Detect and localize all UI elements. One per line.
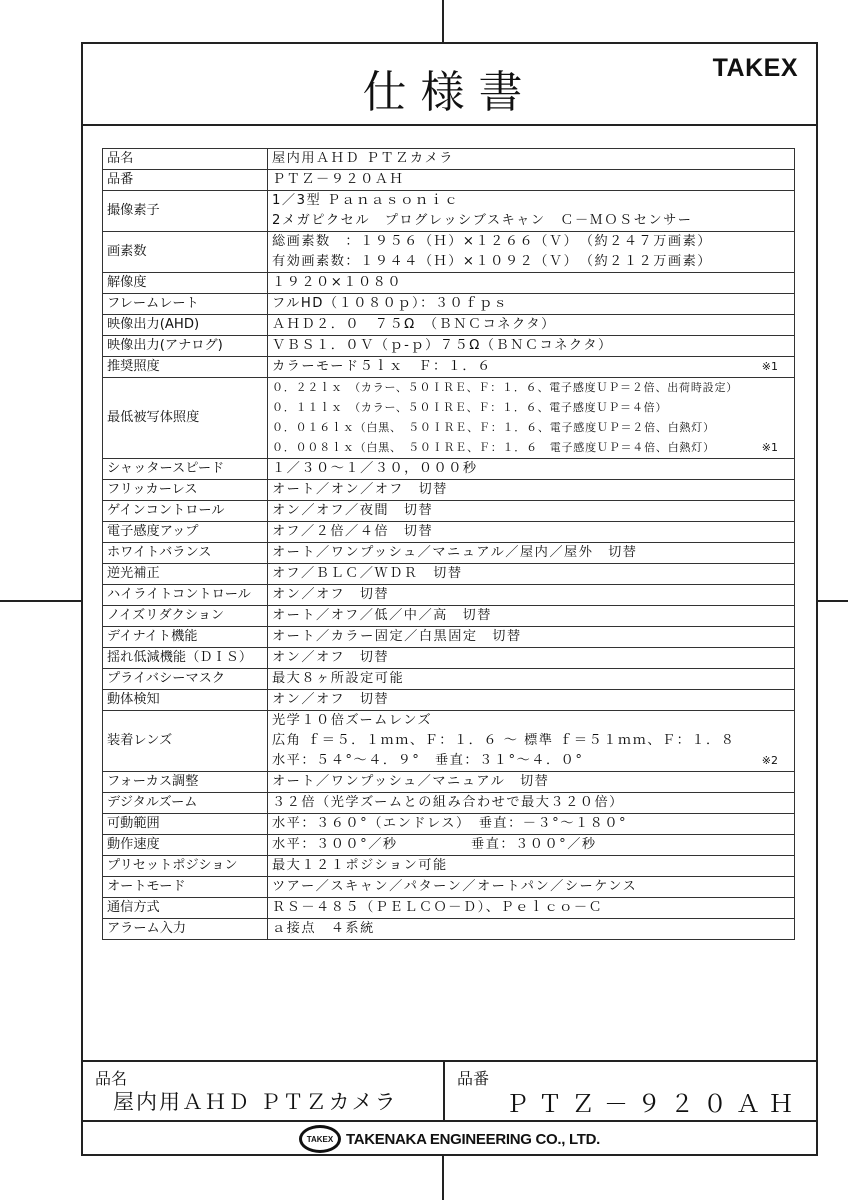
- table-row: ゲインコントロール オン／オフ／夜間 切替: [103, 501, 795, 522]
- spec-value-line: 水平：３６０°（エンドレス） 垂直：－３°～１８０°: [272, 814, 790, 834]
- spec-value: １／３０～１／３０，０００秒: [268, 459, 795, 480]
- spec-label: 映像出力(AHD): [103, 315, 268, 336]
- spec-value-line: オート／オフ／低／中／高 切替: [272, 606, 790, 626]
- spec-label: 可動範囲: [103, 814, 268, 835]
- spec-table: 品名 屋内用ＡＨＤ ＰＴＺカメラ 品番 ＰＴＺ－９２０ＡＨ 撮像素子 1／3型 …: [102, 148, 795, 940]
- spec-value: １９２０×１０８０: [268, 273, 795, 294]
- spec-value: ａ接点 ４系統: [268, 919, 795, 940]
- product-number: ＰＴＺ－９２０ＡＨ: [505, 1084, 802, 1119]
- table-row: デイナイト機能 オート／カラー固定／白黒固定 切替: [103, 627, 795, 648]
- spec-label: 通信方式: [103, 898, 268, 919]
- spec-label: 品番: [103, 170, 268, 191]
- spec-value-line: １９２０×１０８０: [272, 273, 790, 293]
- spec-value: ０．２２ｌｘ （カラー、５０ＩＲＥ、Ｆ：１．６、電子感度ＵＰ＝２倍、出荷時設定）…: [268, 378, 795, 459]
- spec-label: ノイズリダクション: [103, 606, 268, 627]
- table-row: 品番 ＰＴＺ－９２０ＡＨ: [103, 170, 795, 191]
- spec-value-line: オート／ワンプッシュ／マニュアル 切替: [272, 772, 790, 792]
- spec-value: オン／オフ／夜間 切替: [268, 501, 795, 522]
- table-row: オートモード ツアー／スキャン／パターン／オートパン／シーケンス: [103, 877, 795, 898]
- footer-product-row: 品名 屋内用ＡＨＤ ＰＴＺカメラ 品番 ＰＴＺ－９２０ＡＨ: [83, 1060, 816, 1122]
- spec-value-line: 総画素数 ：１９５６（Ｈ）×１２６６（Ｖ） （約２４７万画素）: [272, 232, 790, 252]
- spec-value: フルHD（１０８０ｐ）：３０ｆｐｓ: [268, 294, 795, 315]
- spec-label: フリッカーレス: [103, 480, 268, 501]
- spec-label: ホワイトバランス: [103, 543, 268, 564]
- spec-value-line: オフ／２倍／４倍 切替: [272, 522, 790, 542]
- table-row: 電子感度アップ オフ／２倍／４倍 切替: [103, 522, 795, 543]
- takex-logo-icon: TAKEX: [299, 1125, 341, 1153]
- spec-value: 総画素数 ：１９５６（Ｈ）×１２６６（Ｖ） （約２４７万画素）有効画素数：１９４…: [268, 232, 795, 273]
- spec-label: シャッタースピード: [103, 459, 268, 480]
- spec-value-line: 水平：５４°～４．９° 垂直：３１°～４．０°: [272, 751, 790, 771]
- spec-value-line: オフ／ＢＬＣ／ＷＤＲ 切替: [272, 564, 790, 584]
- spec-label: 映像出力(アナログ): [103, 336, 268, 357]
- company-row: TAKEX TAKENAKA ENGINEERING CO., LTD.: [83, 1122, 816, 1156]
- spec-label: デイナイト機能: [103, 627, 268, 648]
- spec-value: オート／ワンプッシュ／マニュアル 切替: [268, 772, 795, 793]
- table-row: ホワイトバランス オート／ワンプッシュ／マニュアル／屋内／屋外 切替: [103, 543, 795, 564]
- spec-value: オート／カラー固定／白黒固定 切替: [268, 627, 795, 648]
- table-row: フリッカーレス オート／オン／オフ 切替: [103, 480, 795, 501]
- spec-value-line: 有効画素数：１９４４（Ｈ）×１０９２（Ｖ） （約２１２万画素）: [272, 252, 790, 272]
- spec-label: フレームレート: [103, 294, 268, 315]
- spec-value: オフ／ＢＬＣ／ＷＤＲ 切替: [268, 564, 795, 585]
- spec-label: 最低被写体照度: [103, 378, 268, 459]
- spec-value-line: 最大１２１ポジション可能: [272, 856, 790, 876]
- spec-value: オフ／２倍／４倍 切替: [268, 522, 795, 543]
- spec-value: ＶＢＳ１．０Ｖ（ｐ-ｐ）７５Ω（ＢＮＣコネクタ）: [268, 336, 795, 357]
- spec-value: 最大１２１ポジション可能: [268, 856, 795, 877]
- spec-value-line: オン／オフ 切替: [272, 585, 790, 605]
- table-row: 逆光補正 オフ／ＢＬＣ／ＷＤＲ 切替: [103, 564, 795, 585]
- spec-value-line: フルHD（１０８０ｐ）：３０ｆｐｓ: [272, 294, 790, 314]
- spec-value-line: カラーモード５ｌｘ Ｆ：１．６: [272, 357, 790, 377]
- spec-value: オート／オン／オフ 切替: [268, 480, 795, 501]
- footnote-marker: ※2: [762, 751, 778, 771]
- table-row: 映像出力(AHD) ＡＨＤ２．０ ７５Ω （ＢＮＣコネクタ）: [103, 315, 795, 336]
- spec-value: 最大８ヶ所設定可能: [268, 669, 795, 690]
- spec-value-line: ３２倍（光学ズームとの組み合わせで最大３２０倍）: [272, 793, 790, 813]
- spec-label: 品名: [103, 149, 268, 170]
- table-row: 解像度 １９２０×１０８０: [103, 273, 795, 294]
- spec-label: デジタルズーム: [103, 793, 268, 814]
- table-row: 推奨照度 カラーモード５ｌｘ Ｆ：１．６※1: [103, 357, 795, 378]
- spec-value-line: 水平：３００°／秒 垂直：３００°／秒: [272, 835, 790, 855]
- table-row: 揺れ低減機能（ＤＩＳ） オン／オフ 切替: [103, 648, 795, 669]
- title-area: 仕様書 TAKEX: [83, 44, 816, 126]
- spec-value-line: ＡＨＤ２．０ ７５Ω （ＢＮＣコネクタ）: [272, 315, 790, 335]
- spec-value-line: ツアー／スキャン／パターン／オートパン／シーケンス: [272, 877, 790, 897]
- spec-label: アラーム入力: [103, 919, 268, 940]
- spec-label: 画素数: [103, 232, 268, 273]
- spec-label: フォーカス調整: [103, 772, 268, 793]
- spec-value-line: 2メガピクセル プログレッシブスキャン Ｃ－ＭＯＳセンサー: [272, 211, 790, 231]
- spec-value: カラーモード５ｌｘ Ｆ：１．６※1: [268, 357, 795, 378]
- spec-label: ゲインコントロール: [103, 501, 268, 522]
- spec-value-line: ０．２２ｌｘ （カラー、５０ＩＲＥ、Ｆ：１．６、電子感度ＵＰ＝２倍、出荷時設定）: [272, 378, 790, 398]
- spec-value: 光学１０倍ズームレンズ広角 ｆ＝５．１ｍｍ、Ｆ：１．６ ～ 標準 ｆ＝５１ｍｍ、…: [268, 711, 795, 772]
- spec-label: 装着レンズ: [103, 711, 268, 772]
- crop-mark-left: [0, 600, 81, 602]
- spec-label: ハイライトコントロール: [103, 585, 268, 606]
- crop-mark-bottom: [442, 1156, 444, 1200]
- spec-label: 電子感度アップ: [103, 522, 268, 543]
- spec-value-line: 広角 ｆ＝５．１ｍｍ、Ｆ：１．６ ～ 標準 ｆ＝５１ｍｍ、Ｆ：１．８: [272, 731, 790, 751]
- table-row: 通信方式 ＲＳ－４８５（ＰＥＬＣＯ－Ｄ）、Ｐｅｌｃｏ－Ｃ: [103, 898, 795, 919]
- spec-value: ３２倍（光学ズームとの組み合わせで最大３２０倍）: [268, 793, 795, 814]
- spec-label: オートモード: [103, 877, 268, 898]
- crop-mark-right: [818, 600, 848, 602]
- spec-label: 動体検知: [103, 690, 268, 711]
- document-frame: 仕様書 TAKEX 品名 屋内用ＡＨＤ ＰＴＺカメラ 品番 ＰＴＺ－９２０ＡＨ …: [81, 42, 818, 1156]
- table-row: 装着レンズ 光学１０倍ズームレンズ広角 ｆ＝５．１ｍｍ、Ｆ：１．６ ～ 標準 ｆ…: [103, 711, 795, 772]
- spec-value: オン／オフ 切替: [268, 585, 795, 606]
- table-row: 動体検知 オン／オフ 切替: [103, 690, 795, 711]
- table-row: ノイズリダクション オート／オフ／低／中／高 切替: [103, 606, 795, 627]
- footnote-marker: ※1: [762, 357, 778, 377]
- spec-value-line: ＲＳ－４８５（ＰＥＬＣＯ－Ｄ）、Ｐｅｌｃｏ－Ｃ: [272, 898, 790, 918]
- table-row: 映像出力(アナログ) ＶＢＳ１．０Ｖ（ｐ-ｐ）７５Ω（ＢＮＣコネクタ）: [103, 336, 795, 357]
- company-name: TAKENAKA ENGINEERING CO., LTD.: [346, 1131, 600, 1148]
- table-row: フレームレート フルHD（１０８０ｐ）：３０ｆｐｓ: [103, 294, 795, 315]
- product-name: 屋内用ＡＨＤ ＰＴＺカメラ: [113, 1086, 398, 1116]
- table-row: 可動範囲 水平：３６０°（エンドレス） 垂直：－３°～１８０°: [103, 814, 795, 835]
- spec-value: オン／オフ 切替: [268, 690, 795, 711]
- spec-value-line: 屋内用ＡＨＤ ＰＴＺカメラ: [272, 149, 790, 169]
- table-row: 動作速度 水平：３００°／秒 垂直：３００°／秒: [103, 835, 795, 856]
- spec-value: ＡＨＤ２．０ ７５Ω （ＢＮＣコネクタ）: [268, 315, 795, 336]
- footer-product-name-cell: 品名 屋内用ＡＨＤ ＰＴＺカメラ: [83, 1062, 445, 1120]
- table-row: アラーム入力 ａ接点 ４系統: [103, 919, 795, 940]
- spec-value-line: 1／3型 Ｐａｎａｓｏｎｉｃ: [272, 191, 790, 211]
- spec-value-line: 最大８ヶ所設定可能: [272, 669, 790, 689]
- spec-value: ＲＳ－４８５（ＰＥＬＣＯ－Ｄ）、Ｐｅｌｃｏ－Ｃ: [268, 898, 795, 919]
- spec-value: オート／ワンプッシュ／マニュアル／屋内／屋外 切替: [268, 543, 795, 564]
- table-row: プライバシーマスク 最大８ヶ所設定可能: [103, 669, 795, 690]
- table-row: 画素数 総画素数 ：１９５６（Ｈ）×１２６６（Ｖ） （約２４７万画素）有効画素数…: [103, 232, 795, 273]
- spec-value-line: １／３０～１／３０，０００秒: [272, 459, 790, 479]
- brand-logo: TAKEX: [713, 54, 798, 83]
- spec-value-line: ０．００８ｌｘ（白黒、 ５０ＩＲＥ、Ｆ：１．６ 電子感度ＵＰ＝４倍、白熱灯）: [272, 438, 790, 458]
- spec-value-line: オート／オン／オフ 切替: [272, 480, 790, 500]
- spec-value-line: オン／オフ 切替: [272, 648, 790, 668]
- spec-label: プライバシーマスク: [103, 669, 268, 690]
- spec-label: 撮像素子: [103, 191, 268, 232]
- spec-value: オン／オフ 切替: [268, 648, 795, 669]
- spec-value-line: ＰＴＺ－９２０ＡＨ: [272, 170, 790, 190]
- spec-label: 揺れ低減機能（ＤＩＳ）: [103, 648, 268, 669]
- spec-value-line: ０．０１６ｌｘ（白黒、 ５０ＩＲＥ、Ｆ：１．６、電子感度ＵＰ＝２倍、白熱灯）: [272, 418, 790, 438]
- spec-value-line: ０．１１ｌｘ （カラー、５０ＩＲＥ、Ｆ：１．６、電子感度ＵＰ＝４倍）: [272, 398, 790, 418]
- table-row: 撮像素子 1／3型 Ｐａｎａｓｏｎｉｃ2メガピクセル プログレッシブスキャン Ｃ…: [103, 191, 795, 232]
- spec-value-line: オート／カラー固定／白黒固定 切替: [272, 627, 790, 647]
- crop-mark-top: [442, 0, 444, 42]
- spec-value-line: オート／ワンプッシュ／マニュアル／屋内／屋外 切替: [272, 543, 790, 563]
- spec-label: プリセットポジション: [103, 856, 268, 877]
- table-row: デジタルズーム ３２倍（光学ズームとの組み合わせで最大３２０倍）: [103, 793, 795, 814]
- table-row: ハイライトコントロール オン／オフ 切替: [103, 585, 795, 606]
- spec-value: 屋内用ＡＨＤ ＰＴＺカメラ: [268, 149, 795, 170]
- spec-value: 水平：３６０°（エンドレス） 垂直：－３°～１８０°: [268, 814, 795, 835]
- table-row: フォーカス調整 オート／ワンプッシュ／マニュアル 切替: [103, 772, 795, 793]
- spec-value-line: オン／オフ／夜間 切替: [272, 501, 790, 521]
- spec-label: 解像度: [103, 273, 268, 294]
- footer-product-number-cell: 品番 ＰＴＺ－９２０ＡＨ: [445, 1062, 816, 1120]
- footnote-marker: ※1: [762, 438, 778, 458]
- spec-value: ツアー／スキャン／パターン／オートパン／シーケンス: [268, 877, 795, 898]
- spec-value-line: ａ接点 ４系統: [272, 919, 790, 939]
- spec-value: オート／オフ／低／中／高 切替: [268, 606, 795, 627]
- spec-value-line: ＶＢＳ１．０Ｖ（ｐ-ｐ）７５Ω（ＢＮＣコネクタ）: [272, 336, 790, 356]
- spec-value-line: オン／オフ 切替: [272, 690, 790, 710]
- spec-value-line: 光学１０倍ズームレンズ: [272, 711, 790, 731]
- table-row: 最低被写体照度 ０．２２ｌｘ （カラー、５０ＩＲＥ、Ｆ：１．６、電子感度ＵＰ＝２…: [103, 378, 795, 459]
- spec-value: 水平：３００°／秒 垂直：３００°／秒: [268, 835, 795, 856]
- table-row: シャッタースピード １／３０～１／３０，０００秒: [103, 459, 795, 480]
- page-title: 仕様書: [83, 56, 816, 120]
- table-row: 品名 屋内用ＡＨＤ ＰＴＺカメラ: [103, 149, 795, 170]
- table-row: プリセットポジション 最大１２１ポジション可能: [103, 856, 795, 877]
- spec-value: 1／3型 Ｐａｎａｓｏｎｉｃ2メガピクセル プログレッシブスキャン Ｃ－ＭＯＳセ…: [268, 191, 795, 232]
- spec-label: 推奨照度: [103, 357, 268, 378]
- spec-label: 動作速度: [103, 835, 268, 856]
- product-number-caption: 品番: [457, 1066, 489, 1089]
- spec-value: ＰＴＺ－９２０ＡＨ: [268, 170, 795, 191]
- spec-label: 逆光補正: [103, 564, 268, 585]
